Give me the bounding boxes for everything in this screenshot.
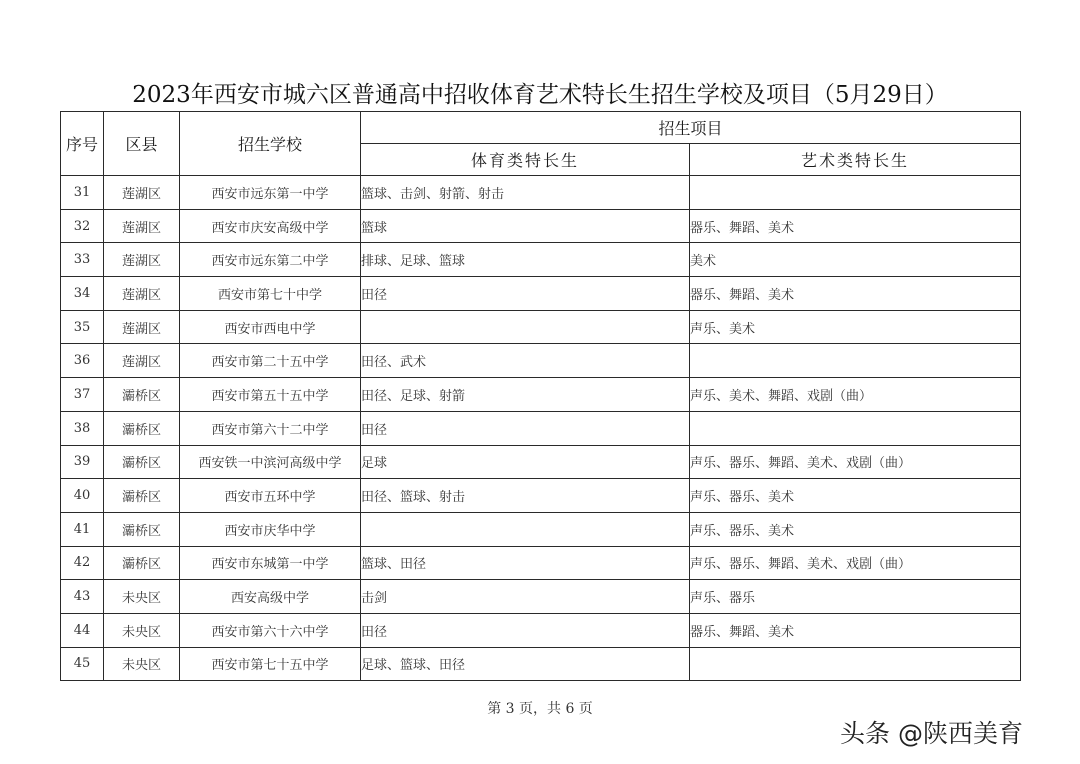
cell-arts: 声乐、器乐、美术 [690,512,1021,546]
header-district: 区县 [104,112,180,176]
cell-school: 西安市远东第一中学 [180,176,361,210]
cell-sports: 田径、篮球、射击 [361,479,690,513]
cell-arts [690,411,1021,445]
cell-seq: 44 [61,613,104,647]
cell-sports: 田径、武术 [361,344,690,378]
cell-seq: 40 [61,479,104,513]
cell-sports [361,310,690,344]
watermark: 头条 @陕西美育 [840,714,1023,750]
cell-arts [690,176,1021,210]
cell-arts [690,647,1021,681]
cell-sports: 田径 [361,277,690,311]
table-row: 44未央区西安市第六十六中学田径器乐、舞蹈、美术 [61,613,1021,647]
cell-district: 莲湖区 [104,344,180,378]
table-row: 40灞桥区西安市五环中学田径、篮球、射击声乐、器乐、美术 [61,479,1021,513]
table-row: 43未央区西安高级中学击剑声乐、器乐 [61,580,1021,614]
cell-sports: 田径 [361,411,690,445]
cell-seq: 39 [61,445,104,479]
cell-arts: 器乐、舞蹈、美术 [690,209,1021,243]
cell-school: 西安高级中学 [180,580,361,614]
table-row: 45未央区西安市第七十五中学足球、篮球、田径 [61,647,1021,681]
cell-school: 西安铁一中滨河高级中学 [180,445,361,479]
cell-school: 西安市第七十五中学 [180,647,361,681]
cell-sports: 击剑 [361,580,690,614]
document-title: 2023年西安市城六区普通高中招收体育艺术特长生招生学校及项目（5月29日） [0,76,1080,109]
cell-school: 西安市西电中学 [180,310,361,344]
cell-arts: 美术 [690,243,1021,277]
cell-arts: 器乐、舞蹈、美术 [690,277,1021,311]
cell-school: 西安市东城第一中学 [180,546,361,580]
table-row: 34莲湖区西安市第七十中学田径器乐、舞蹈、美术 [61,277,1021,311]
cell-district: 灞桥区 [104,546,180,580]
cell-arts: 声乐、器乐、舞蹈、美术、戏剧（曲） [690,445,1021,479]
table-row: 39灞桥区西安铁一中滨河高级中学足球声乐、器乐、舞蹈、美术、戏剧（曲） [61,445,1021,479]
cell-school: 西安市庆华中学 [180,512,361,546]
table-row: 31莲湖区西安市远东第一中学篮球、击剑、射箭、射击 [61,176,1021,210]
cell-seq: 41 [61,512,104,546]
cell-district: 未央区 [104,613,180,647]
table-row: 37灞桥区西安市第五十五中学田径、足球、射箭声乐、美术、舞蹈、戏剧（曲） [61,378,1021,412]
cell-sports [361,512,690,546]
header-sports: 体育类特长生 [361,144,690,176]
table-row: 38灞桥区西安市第六十二中学田径 [61,411,1021,445]
cell-school: 西安市庆安高级中学 [180,209,361,243]
header-school: 招生学校 [180,112,361,176]
table-row: 41灞桥区西安市庆华中学声乐、器乐、美术 [61,512,1021,546]
cell-arts: 声乐、美术、舞蹈、戏剧（曲） [690,378,1021,412]
table-body: 31莲湖区西安市远东第一中学篮球、击剑、射箭、射击32莲湖区西安市庆安高级中学篮… [61,176,1021,681]
cell-school: 西安市远东第二中学 [180,243,361,277]
cell-school: 西安市第六十六中学 [180,613,361,647]
table-row: 42灞桥区西安市东城第一中学篮球、田径声乐、器乐、舞蹈、美术、戏剧（曲） [61,546,1021,580]
cell-sports: 田径、足球、射箭 [361,378,690,412]
cell-school: 西安市五环中学 [180,479,361,513]
cell-district: 未央区 [104,580,180,614]
cell-school: 西安市第七十中学 [180,277,361,311]
cell-district: 灞桥区 [104,378,180,412]
cell-sports: 篮球、击剑、射箭、射击 [361,176,690,210]
cell-district: 莲湖区 [104,277,180,311]
header-projects: 招生项目 [361,112,1021,144]
cell-school: 西安市第六十二中学 [180,411,361,445]
cell-school: 西安市第五十五中学 [180,378,361,412]
cell-district: 灞桥区 [104,512,180,546]
cell-sports: 排球、足球、篮球 [361,243,690,277]
cell-district: 灞桥区 [104,445,180,479]
cell-school: 西安市第二十五中学 [180,344,361,378]
table-row: 32莲湖区西安市庆安高级中学篮球器乐、舞蹈、美术 [61,209,1021,243]
cell-district: 莲湖区 [104,176,180,210]
cell-sports: 篮球、田径 [361,546,690,580]
cell-seq: 32 [61,209,104,243]
cell-seq: 33 [61,243,104,277]
cell-sports: 足球 [361,445,690,479]
cell-seq: 38 [61,411,104,445]
cell-district: 莲湖区 [104,243,180,277]
cell-seq: 37 [61,378,104,412]
header-arts: 艺术类特长生 [690,144,1021,176]
cell-seq: 42 [61,546,104,580]
cell-district: 灞桥区 [104,411,180,445]
cell-seq: 31 [61,176,104,210]
cell-seq: 36 [61,344,104,378]
cell-arts [690,344,1021,378]
header-seq: 序号 [61,112,104,176]
cell-sports: 篮球 [361,209,690,243]
table-row: 36莲湖区西安市第二十五中学田径、武术 [61,344,1021,378]
cell-district: 莲湖区 [104,209,180,243]
cell-sports: 足球、篮球、田径 [361,647,690,681]
cell-arts: 声乐、器乐 [690,580,1021,614]
cell-arts: 声乐、器乐、舞蹈、美术、戏剧（曲） [690,546,1021,580]
cell-seq: 35 [61,310,104,344]
cell-seq: 45 [61,647,104,681]
table-row: 33莲湖区西安市远东第二中学排球、足球、篮球美术 [61,243,1021,277]
cell-seq: 34 [61,277,104,311]
cell-arts: 声乐、器乐、美术 [690,479,1021,513]
enrollment-table: 序号 区县 招生学校 招生项目 体育类特长生 艺术类特长生 31莲湖区西安市远东… [60,111,1021,681]
cell-arts: 声乐、美术 [690,310,1021,344]
table-row: 35莲湖区西安市西电中学声乐、美术 [61,310,1021,344]
cell-district: 灞桥区 [104,479,180,513]
cell-sports: 田径 [361,613,690,647]
cell-arts: 器乐、舞蹈、美术 [690,613,1021,647]
cell-district: 莲湖区 [104,310,180,344]
cell-district: 未央区 [104,647,180,681]
cell-seq: 43 [61,580,104,614]
